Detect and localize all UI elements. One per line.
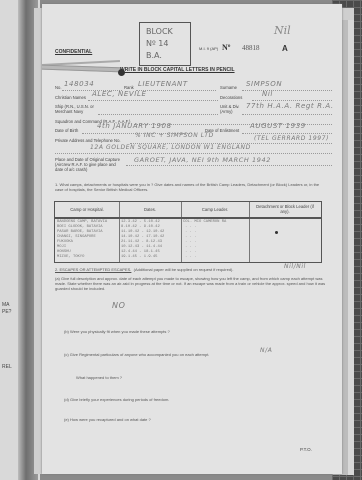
left-fragment-text: PE?	[2, 309, 11, 315]
no-label: No.	[55, 85, 62, 90]
question-b: (b) Were you physically fit when you mad…	[64, 329, 170, 334]
handwritten-nil: Nil	[274, 24, 291, 37]
enlistment-value: AUGUST 1939	[250, 122, 306, 130]
dob-label: Date of Birth	[55, 128, 78, 133]
question-a-answer: NO	[112, 301, 125, 310]
question-c-followup: What happened to them ?	[76, 375, 122, 380]
form-reference: M.I. 9 (AP)	[199, 46, 218, 51]
field-line	[252, 100, 332, 101]
decorations-value: Nil	[262, 90, 273, 98]
decorations-label: Decorations	[220, 95, 242, 100]
christian-names-label: Christian Names	[55, 95, 86, 100]
binding-string	[42, 65, 122, 73]
please-turn-over: P.T.O.	[300, 447, 312, 452]
field-line	[55, 153, 332, 154]
address-line2: 12A GOLDEN SQUARE, LONDON W1 ENGLAND	[90, 144, 251, 151]
address-label: Private Address and Telephone No.	[55, 138, 121, 143]
field-line	[98, 114, 218, 115]
capture-label: Place and Date of Original Capture (Airc…	[55, 158, 123, 172]
ship-label: Ship (R.N., U.S.N. or Merchant Navy	[55, 104, 95, 114]
question-e: (e) How were you recaptured and on what …	[64, 417, 151, 422]
left-fragment-text: REL	[2, 364, 12, 370]
field-line	[242, 133, 332, 134]
question-d: (d) Give briefly your experiences during…	[64, 397, 169, 402]
field-line	[126, 165, 332, 166]
field-line	[136, 90, 216, 91]
ink-dot	[275, 231, 278, 234]
table-header: Camp Leader.	[181, 202, 249, 218]
document-number: 48818	[242, 44, 260, 52]
field-line	[242, 114, 332, 115]
christian-names-value: ALEC, NEVILE	[92, 90, 146, 98]
address-line1: % INC + SIMPSON LTD	[135, 132, 214, 139]
number-symbol: Nº	[222, 43, 230, 52]
instruction-heading: WRITE IN BLOCK CAPITAL LETTERS IN PENCIL	[120, 67, 235, 73]
document-number-suffix: A	[282, 44, 288, 53]
address-phone: (TEL GERRARD 1997)	[254, 135, 329, 142]
questionnaire-page: CONFIDENTIAL BLOCK Nº 14 B.A. Nil M.I. 9…	[42, 4, 342, 474]
unit-value: 77th H.A.A. Regt R.A.	[246, 102, 334, 110]
field-line	[242, 90, 332, 91]
table-header: Camp or Hospital.	[55, 202, 119, 218]
confidential-label: CONFIDENTIAL	[55, 49, 92, 55]
table-header: Detachment or Block Leader (if any).	[249, 202, 321, 218]
unit-label: Unit & Div. (Army)	[220, 104, 242, 114]
camps-table: Camp or Hospital. Dates. Camp Leader. De…	[54, 201, 322, 263]
dob-value: 4th JANUARY 1908	[97, 122, 172, 130]
table-header: Dates.	[119, 202, 181, 218]
section2-heading: 2. ESCAPES OR ATTEMPTED ESCAPES. (Additi…	[55, 267, 233, 272]
field-line	[88, 100, 218, 101]
question-c-answer: N/A	[260, 347, 272, 354]
surname-label: Surname	[220, 85, 237, 90]
surname-value: SIMPSON	[246, 80, 282, 88]
handwritten-section2-note: Nil/Nil	[284, 263, 306, 270]
question-c: (c) Give Regimental particulars of anyon…	[64, 352, 209, 357]
block-stamp: BLOCK Nº 14 B.A.	[139, 22, 191, 66]
rank-value: LIEUTENANT	[138, 80, 188, 88]
section1-question: 1. What camps, detachments or hospitals …	[55, 182, 327, 192]
capture-value: GAROET, JAVA, NEI 9th MARCH 1942	[134, 156, 271, 164]
no-value: 148034	[64, 80, 94, 88]
underlying-sheet-edge	[348, 20, 354, 475]
question-a: (a) Give full description and approx. da…	[55, 276, 327, 291]
left-fragment-text: MA	[2, 302, 10, 308]
